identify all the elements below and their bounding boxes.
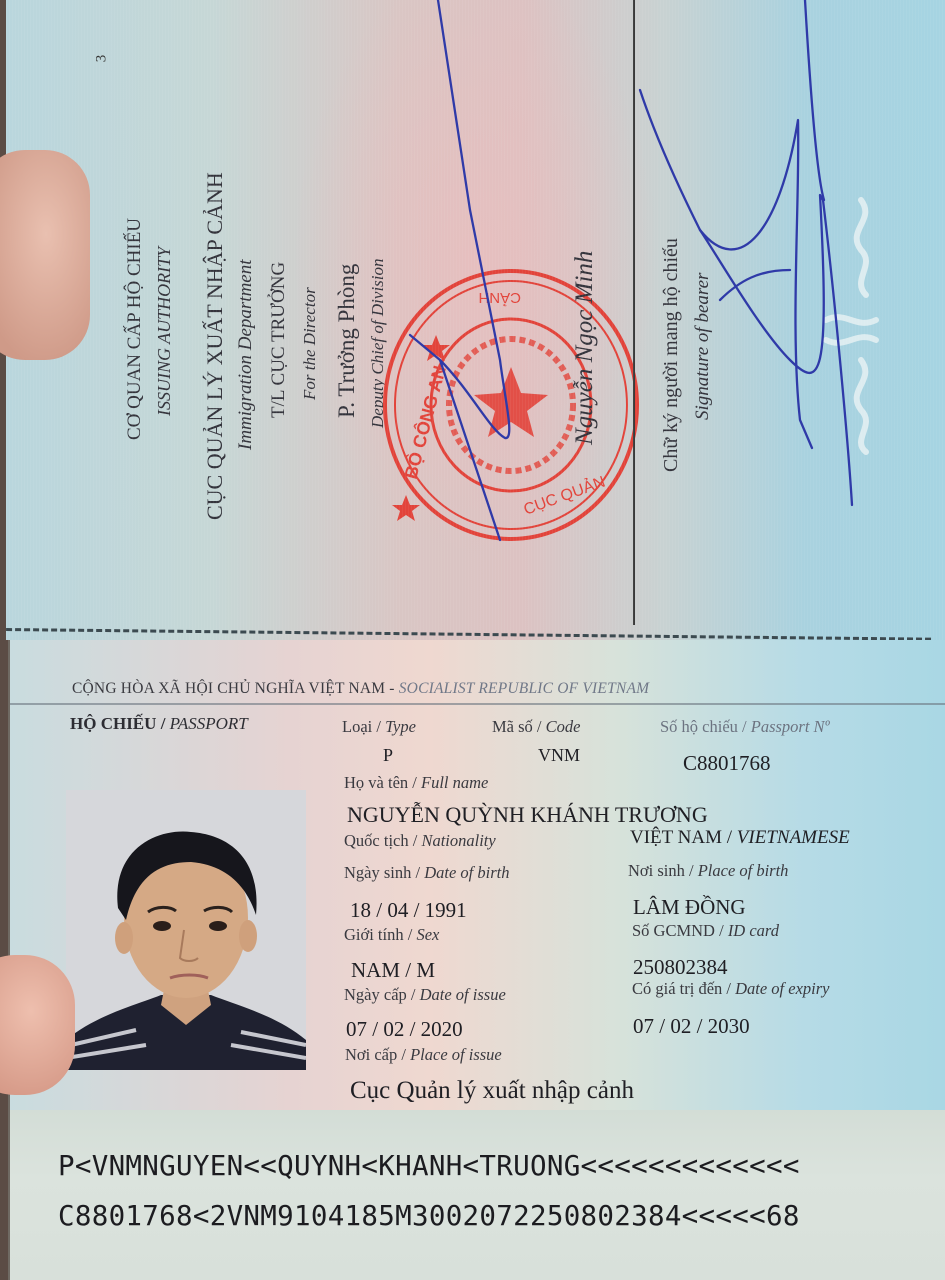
deputy-title-vi: P. Trưởng Phòng xyxy=(334,264,360,418)
finger-bottom xyxy=(0,955,75,1095)
for-director-vi: T/L CỤC TRƯỞNG xyxy=(268,262,290,418)
signatory-name: Nguyễn Ngọc Minh xyxy=(571,251,599,445)
bearer-signature-label-vi: Chữ ký người mang hộ chiếu xyxy=(660,238,683,472)
nationality-value: VIỆT NAM / VIETNAMESE xyxy=(630,827,850,849)
issuing-authority-vi: CƠ QUAN CẤP HỘ CHIẾU xyxy=(124,218,146,440)
full-name-value: NGUYỄN QUỲNH KHÁNH TRƯƠNG xyxy=(347,802,708,828)
observations-page: 3 CƠ QUAN CẤP HỘ CHIẾU ISSUING AUTHORITY… xyxy=(6,0,945,640)
department-en: Immigration Department xyxy=(235,259,257,450)
cloud-ornament-icon xyxy=(806,190,886,460)
date-of-expiry-value: 07 / 02 / 2030 xyxy=(633,1014,750,1039)
page-number: 3 xyxy=(93,55,110,63)
date-of-expiry-label: Có giá trị đến / Date of expiry xyxy=(632,979,830,999)
svg-text:CỤC QUẢN: CỤC QUẢN xyxy=(521,472,608,519)
id-card-value: 250802384 xyxy=(633,955,728,980)
portrait-image xyxy=(66,790,306,1070)
type-value: P xyxy=(383,745,393,766)
place-of-issue-value: Cục Quản lý xuất nhập cảnh xyxy=(350,1077,634,1105)
official-seal-stamp: BỘ CÔNG AN CỤC QUẢN CẢNH xyxy=(376,265,646,550)
doc-title-vi: HỘ CHIẾU xyxy=(70,714,156,733)
passport-no-value: C8801768 xyxy=(683,751,771,776)
svg-text:BỘ CÔNG AN: BỘ CÔNG AN xyxy=(400,363,450,481)
issuing-authority-en: ISSUING AUTHORITY xyxy=(154,247,175,416)
nationality-label: Quốc tịch / Nationality xyxy=(344,831,496,851)
for-director-en: For the Director xyxy=(300,287,320,400)
document-title: HỘ CHIẾU / PASSPORT xyxy=(70,714,248,734)
divider-line xyxy=(633,0,635,625)
dob-value: 18 / 04 / 1991 xyxy=(350,898,467,923)
passport-no-label: Số hộ chiếu / Passport Nº xyxy=(660,717,830,737)
doc-title-en: PASSPORT xyxy=(170,714,248,733)
mrz-line-2: C8801768<2VNM9104185M3002072250802384<<<… xyxy=(58,1200,800,1232)
place-of-issue-label: Nơi cấp / Place of issue xyxy=(345,1045,502,1065)
place-of-birth-label: Nơi sinh / Place of birth xyxy=(628,861,788,881)
code-value: VNM xyxy=(538,745,580,766)
holder-photo xyxy=(66,790,306,1070)
issuing-country: CỘNG HÒA XÃ HỘI CHỦ NGHĨA VIỆT NAM - SOC… xyxy=(72,680,649,698)
date-of-issue-label: Ngày cấp / Date of issue xyxy=(344,985,506,1005)
mrz-zone xyxy=(10,1110,945,1280)
code-label: Mã số / Code xyxy=(492,717,580,737)
country-en: SOCIALIST REPUBLIC OF VIETNAM xyxy=(399,680,650,697)
mrz-line-1: P<VNMNGUYEN<<QUYNH<KHANH<TRUONG<<<<<<<<<… xyxy=(58,1150,800,1182)
type-label: Loại / Type xyxy=(342,717,416,737)
date-of-issue-value: 07 / 02 / 2020 xyxy=(346,1017,463,1042)
svg-text:CẢNH: CẢNH xyxy=(478,289,521,306)
dob-label: Ngày sinh / Date of birth xyxy=(344,863,509,883)
id-card-label: Số GCMND / ID card xyxy=(632,921,779,941)
full-name-label: Họ và tên / Full name xyxy=(344,773,488,793)
bearer-signature-label-en: Signature of bearer xyxy=(692,273,714,420)
finger-top xyxy=(0,150,90,360)
country-vi: CỘNG HÒA XÃ HỘI CHỦ NGHĨA VIỆT NAM - xyxy=(72,680,399,697)
place-of-birth-value: LÂM ĐỒNG xyxy=(633,895,746,920)
sex-label: Giới tính / Sex xyxy=(344,925,439,945)
header-rule xyxy=(10,703,945,705)
department-vi: CỤC QUẢN LÝ XUẤT NHẬP CẢNH xyxy=(202,172,228,520)
sex-value: NAM / M xyxy=(351,958,435,983)
